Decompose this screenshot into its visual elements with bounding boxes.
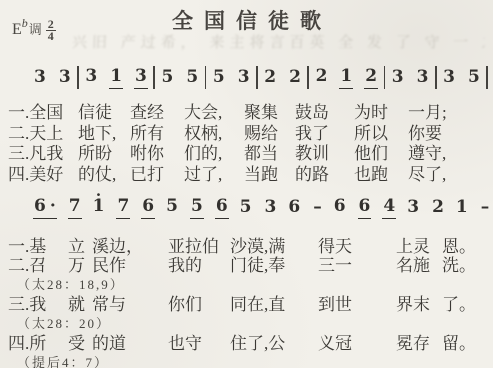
jianpu-note: 3 [134,66,148,89]
jianpu-note: – [312,197,323,218]
verse-number-and-syllable: 四.所 [8,334,68,353]
lyric-syllable: 溪边， [92,237,168,256]
lyric-line: 二.天上地下,所有权柄,赐给我了所以你要 [8,124,493,145]
lyric-syllable: 的道 [92,334,168,353]
measure: 313 [79,66,153,89]
lyric-syllable: 名施 [396,256,442,275]
jianpu-note: 6 [358,196,372,219]
jianpu-note: 6· [33,196,57,219]
lyric-syllable: 我的 [168,256,230,275]
jianpu-note: – [480,197,491,218]
jianpu-note: 6 [333,196,347,217]
lyric-syllable: 三一 [318,256,396,275]
jianpu-note: 3 [84,66,98,87]
lyric-syllable: 你要 [408,124,493,145]
lyric-syllable: 都当 [244,144,295,165]
verse-number-and-syllable: 三.我 [8,295,68,314]
jianpu-note: 2 [364,66,378,89]
lyric-line: 一.全国信徒查经大会,聚集鼓岛为时一月; [8,103,493,124]
jianpu-note: 5 [190,196,204,219]
measure: 212 [310,66,384,89]
measure: 53 [234,197,283,218]
jianpu-note: 2 [263,67,277,88]
lyric-syllable: 大会, [184,103,244,124]
jianpu-note: 7 [116,196,130,219]
lyric-syllable: 聚集 [244,103,295,124]
lyric-syllable: 立 [68,237,92,256]
jianpu-note: 5 [161,67,175,88]
jianpu-note: 3 [264,197,278,218]
lyric-syllable: 过了, [184,165,244,186]
hymn-sheet-page: Eb调24 全国信徒歌 兴旧 产过希， 来主将言百英 全 发 了 守 一 之 人… [0,0,493,368]
lyric-line: 三.我就常与你们同在,直到世界末了。 [8,295,493,314]
lyric-syllable: 所以 [354,124,408,145]
jianpu-note: 3 [33,67,47,88]
lyric-syllable: 住了,公 [230,334,318,353]
jianpu-note: 5 [185,67,199,88]
lyric-syllable: 的仗, [78,165,130,186]
lyric-syllable: 门徒,奉 [230,256,318,275]
lyric-syllable: 万 [68,256,92,275]
lyric-syllable: 洗。 [442,256,493,275]
lyrics-block-top: 一.全国信徒查经大会,聚集鼓岛为时一月;二.天上地下,所有权柄,赐给我了所以你要… [8,103,493,185]
lyric-syllable: 们的, [184,144,244,165]
lyric-syllable: 他们 [354,144,408,165]
jianpu-note: 4 [382,196,396,219]
jianpu-note: 5 [467,67,481,88]
lyric-syllable: 我了 [295,124,354,145]
jianpu-note: 6 [215,196,229,219]
jianpu-note: 5 [212,67,226,88]
measure: 556 [160,196,234,219]
jianpu-note: 3 [442,67,456,88]
lyrics-block-bottom: 一.基立溪边，亚拉伯沙漠,满得天上灵恩。二.召万民作我的门徒,奉三一名施洗。（太… [8,237,493,368]
scripture-reference: （提后4：7） [8,355,493,368]
lyric-syllable: 信徒 [78,103,130,124]
lyric-syllable: 亚拉伯 [168,237,230,256]
lyric-syllable: 民作 [92,256,168,275]
jianpu-note: 3 [58,67,72,88]
jianpu-note: 3 [406,197,420,218]
lyric-syllable: 沙漠,满 [230,237,318,256]
lyric-syllable: 所盼 [78,144,130,165]
jianpu-note: 3 [237,67,251,88]
jianpu-note: 2 [288,67,302,88]
jianpu-note: 2 [315,66,329,87]
lyric-syllable: 到世 [318,295,396,314]
scripture-reference: （太28：18,9） [8,277,493,292]
lyric-syllable: 了。 [442,295,493,314]
verse-number-and-syllable: 一.全国 [8,103,78,124]
lyric-syllable: 恩。 [442,237,493,256]
lyric-syllable: 常与 [92,295,168,314]
duration-dot: · [50,196,56,216]
lyric-syllable: 的路 [295,165,354,186]
jianpu-note: 5 [239,197,253,218]
verse-number-and-syllable: 四.美好 [8,165,78,186]
lyric-syllable: 界末 [396,295,442,314]
lyric-syllable: 为时 [354,103,408,124]
lyric-syllable: 所有 [130,124,184,145]
measure: 6– [282,197,327,218]
jianpu-note: 1 [455,197,469,218]
music-line-1: 333135553222123335 [28,66,488,89]
measure: 33 [28,67,77,88]
lyric-syllable: 尽了, [408,165,493,186]
lyric-syllable: 鼓岛 [295,103,354,124]
measure: 55 [156,67,205,88]
lyric-syllable: 得天 [318,237,396,256]
measure: 1–– [450,197,493,218]
measure: 32 [401,197,450,218]
lyric-syllable: 留。 [442,334,493,353]
jianpu-note: 7 [68,196,82,219]
lyric-syllable: 已打 [130,165,184,186]
verse-number-and-syllable: 二.召 [8,256,68,275]
verse-number-and-syllable: 三.凡我 [8,144,78,165]
barline [486,66,488,89]
jianpu-note: 1 [92,196,106,217]
lyric-syllable: 一月; [408,103,493,124]
measure: 22 [258,67,307,88]
lyric-syllable: 权柄, [184,124,244,145]
lyric-line: 四.所受的道也守住了,公义冠冕存留。 [8,334,493,353]
measure: 33 [386,67,435,88]
measure: 664 [328,196,402,219]
lyric-syllable: 义冠 [318,334,396,353]
lyric-syllable: 赐给 [244,124,295,145]
lyric-syllable: 教训 [295,144,354,165]
jianpu-note: 2 [431,197,445,218]
jianpu-note: 3 [416,67,430,88]
lyric-syllable: 就 [68,295,92,314]
measure: 6·7 [28,196,87,219]
lyric-syllable: 咐你 [130,144,184,165]
lyric-line: 四.美好的仗,已打过了,当跑的路也跑尽了, [8,165,493,186]
lyric-syllable: 也跑 [354,165,408,186]
lyric-line: 一.基立溪边，亚拉伯沙漠,满得天上灵恩。 [8,237,493,256]
jianpu-note: 1 [339,66,353,89]
jianpu-note: 5 [165,196,179,217]
jianpu-note: 6 [141,196,155,219]
jianpu-note: 3 [391,67,405,88]
lyric-syllable: 受 [68,334,92,353]
lyric-syllable: 遵守, [408,144,493,165]
lyric-syllable: 冕存 [396,334,442,353]
verse-number-and-syllable: 二.天上 [8,124,78,145]
measure: 53 [207,67,256,88]
lyric-syllable: 你们 [168,295,230,314]
lyric-syllable: 地下, [78,124,130,145]
verse-number-and-syllable: 一.基 [8,237,68,256]
bleedthrough-text: 兴旧 产过希， 来主将言百英 全 发 了 守 一 之 人 [72,31,486,52]
lyric-line: 三.凡我所盼咐你们的,都当教训他们遵守, [8,144,493,165]
measure: 35 [437,67,486,88]
lyric-syllable: 查经 [130,103,184,124]
lyric-syllable: 当跑 [244,165,295,186]
jianpu-note: 1 [109,66,123,89]
music-line-2: 6·7176556536–664321–– [28,196,488,219]
lyric-line: 二.召万民作我的门徒,奉三一名施洗。 [8,256,493,275]
lyric-syllable: 同在,直 [230,295,318,314]
scripture-reference: （太28：20） [8,316,493,331]
jianpu-note: 6 [287,197,301,218]
lyric-syllable: 上灵 [396,237,442,256]
measure: 176 [87,196,161,219]
lyric-syllable: 也守 [168,334,230,353]
